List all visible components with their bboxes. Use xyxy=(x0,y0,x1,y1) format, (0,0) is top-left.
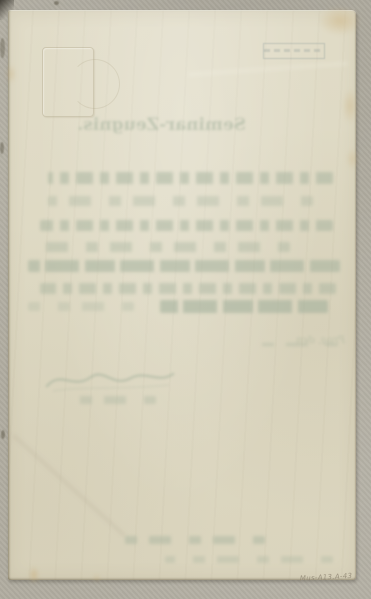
stain xyxy=(346,148,359,170)
ghost-text-line xyxy=(40,242,290,252)
edge-speck xyxy=(1,430,5,439)
edge-speck xyxy=(0,142,4,154)
ghost-text-line xyxy=(28,302,134,311)
ghost-text-line xyxy=(40,283,336,294)
embossed-seal-circle xyxy=(70,59,120,109)
ghost-dateline-rule xyxy=(248,343,338,346)
paper-crease xyxy=(12,434,125,537)
ghost-text-line xyxy=(160,300,328,313)
stain xyxy=(342,88,358,124)
stain xyxy=(93,574,100,582)
ghost-title-showthrough: Seminar-Zeugnis. xyxy=(114,115,246,143)
scanned-page: Seminar-Zeugnis. Prag, den Mus-A13.A-43 xyxy=(0,0,371,599)
ghost-signature-showthrough xyxy=(43,364,177,396)
ghost-text-line xyxy=(40,220,333,231)
ghost-text-line xyxy=(48,172,333,184)
ghost-footer-line xyxy=(165,556,333,563)
stain xyxy=(318,6,362,36)
ghost-signature-line xyxy=(72,396,156,404)
stain xyxy=(29,566,39,584)
ghost-text-line xyxy=(28,260,340,272)
shelfmark-annotation: Mus-A13.A-43 xyxy=(300,571,365,587)
edge-speck xyxy=(54,1,59,5)
edge-speck xyxy=(0,38,5,58)
ghost-footer-line xyxy=(115,536,265,544)
ink-stamp xyxy=(263,43,325,59)
ghost-text-line xyxy=(48,196,313,206)
ghost-dateline-showthrough: Prag, den xyxy=(195,335,345,349)
stain xyxy=(6,64,16,84)
paper-sheet: Seminar-Zeugnis. Prag, den Mus-A13.A-43 xyxy=(8,10,356,580)
paper-crease xyxy=(188,62,348,75)
